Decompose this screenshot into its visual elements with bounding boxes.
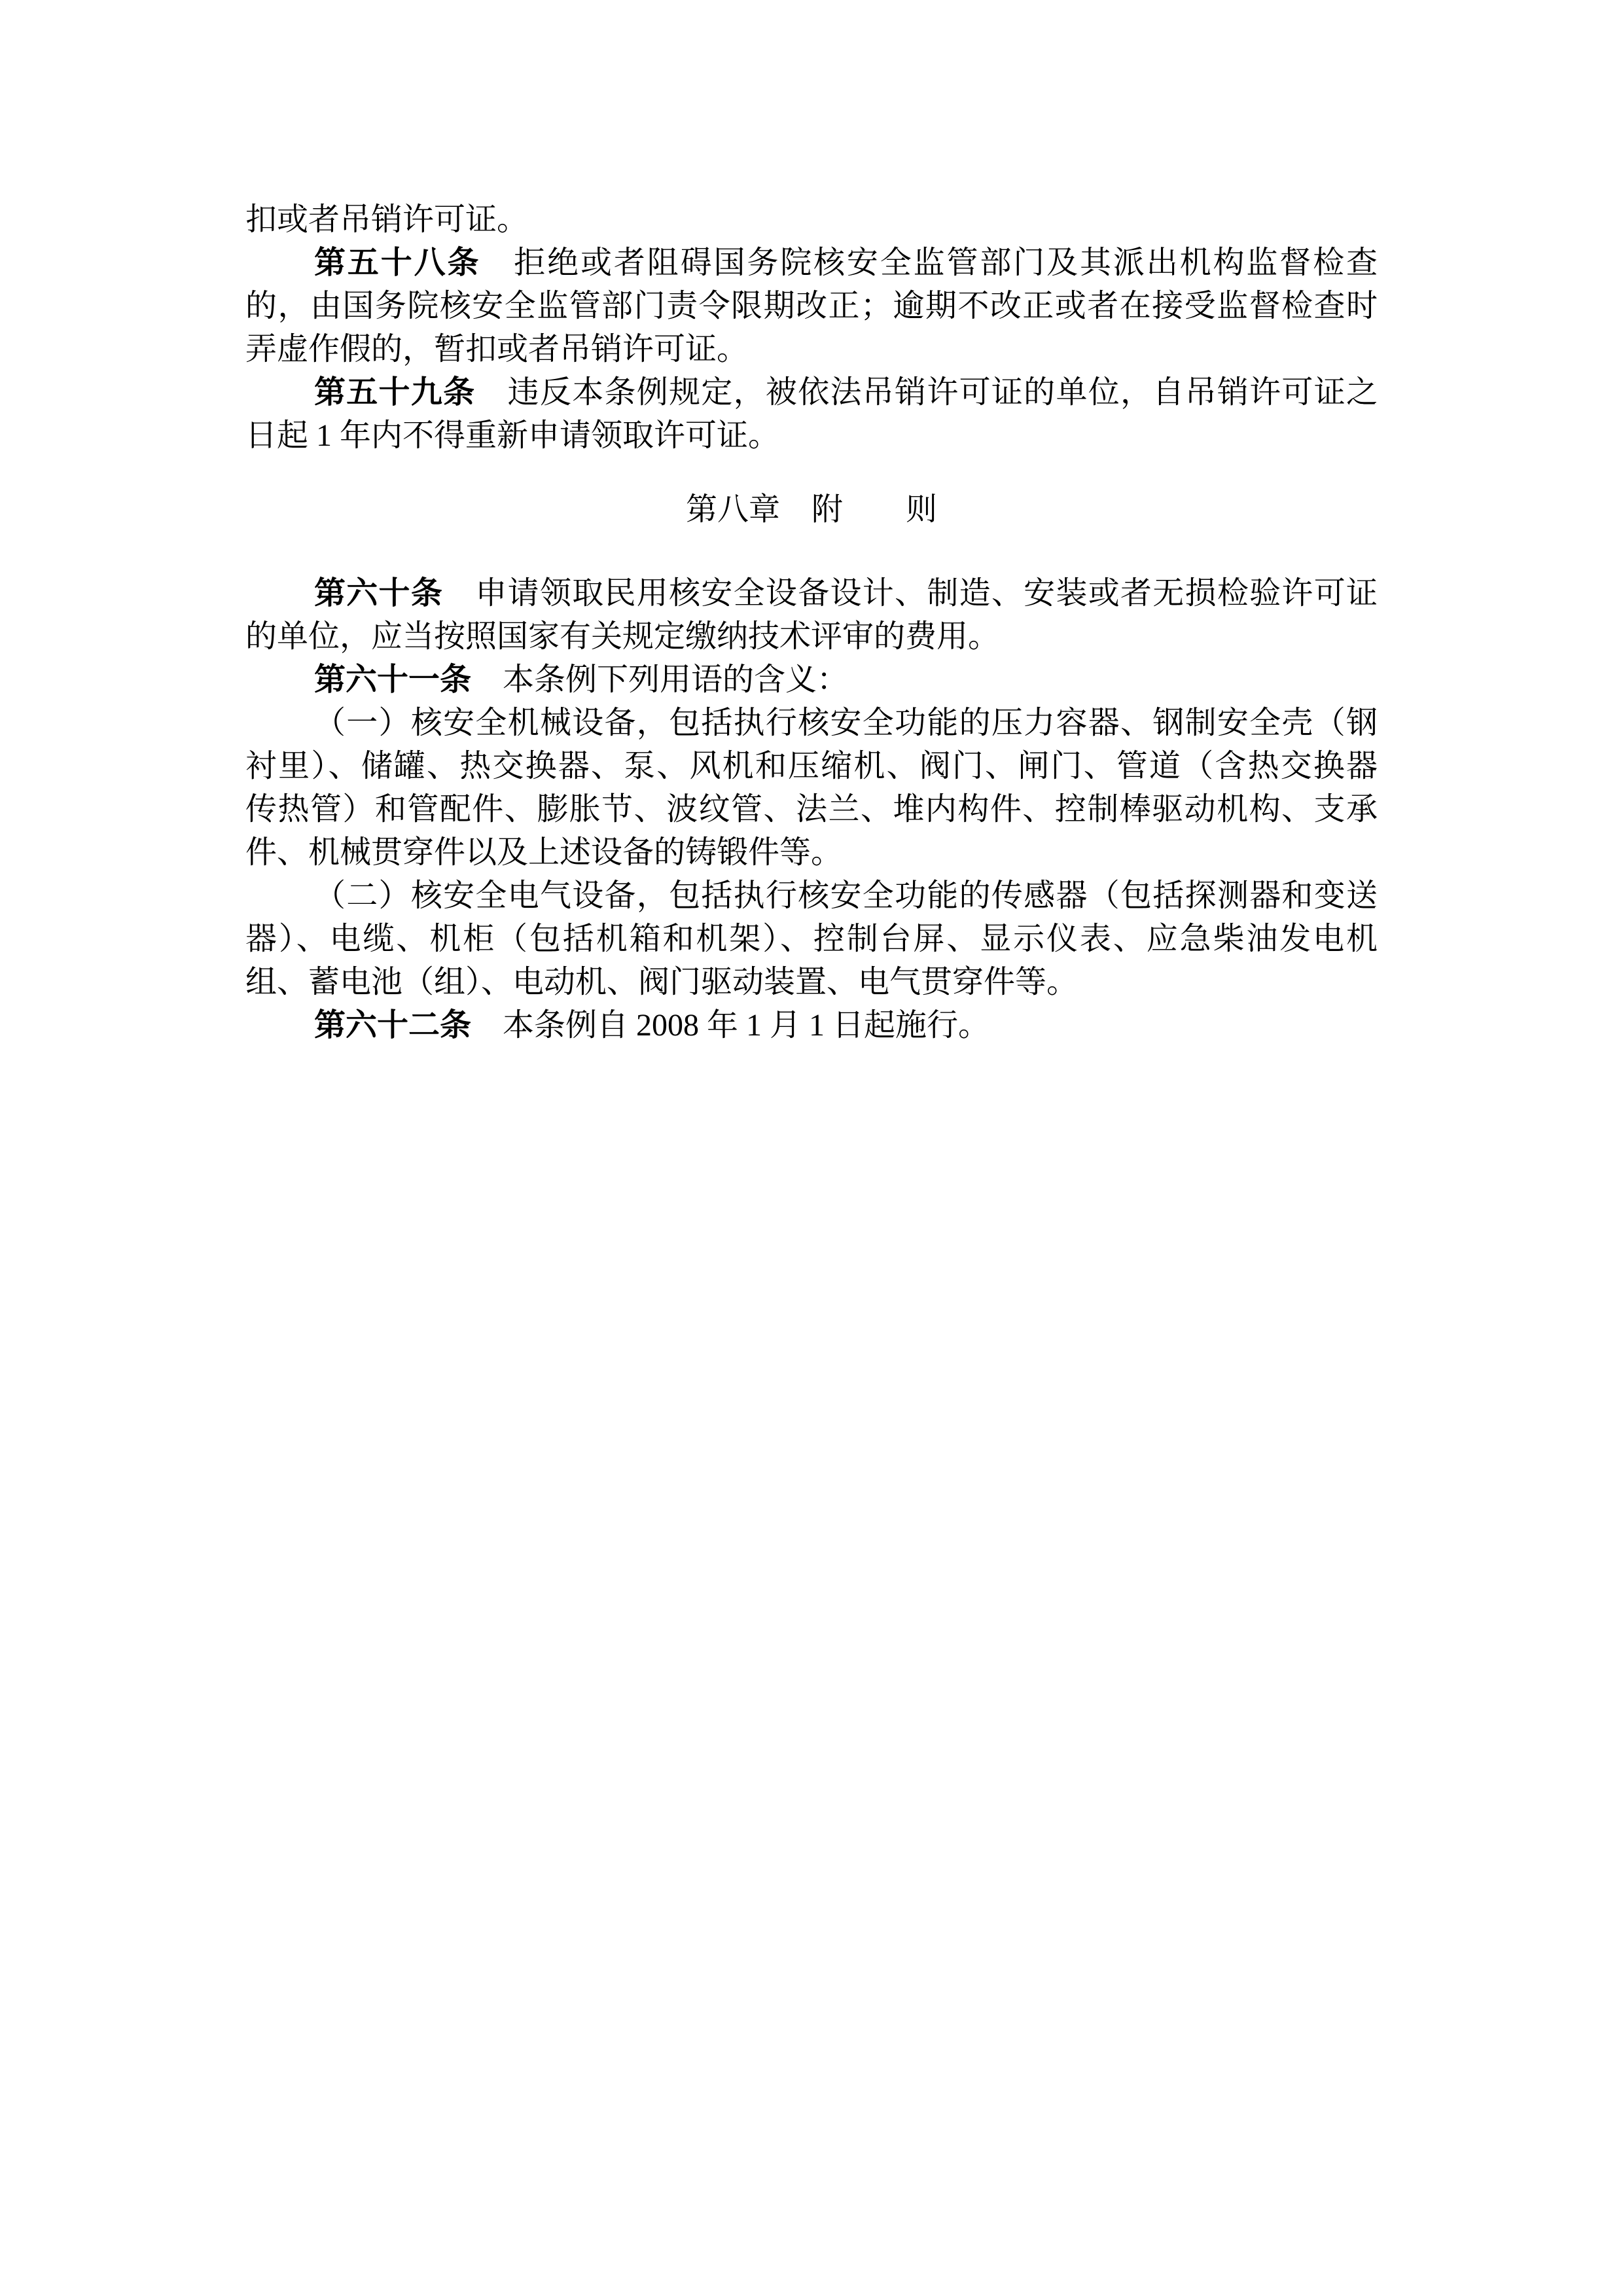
text-line: 第六十条 申请领取民用核安全设备设计、制造、安装或者无损检验许可证	[245, 572, 1378, 615]
text-run: （二）核安全电气设备，包括执行核安全功能的传感器（包括探测器和变送	[314, 878, 1378, 913]
text-run: 的，由国务院核安全监管部门责令限期改正；逾期不改正或者在接受监督检查时	[245, 289, 1378, 323]
text-run: 件、机械贯穿件以及上述设备的铸锻件等。	[245, 835, 842, 870]
article-number: 第六十条	[314, 576, 443, 611]
text-column: 扣或者吊销许可证。第五十八条 拒绝或者阻碍国务院核安全监管部门及其派出机构监督检…	[245, 198, 1378, 1047]
text-run: 器）、电缆、机柜（包括机箱和机架）、控制台屏、显示仪表、应急柴油发电机	[245, 922, 1378, 956]
chapter-heading: 第八章 附 则	[245, 488, 1378, 531]
text-run: 违反本条例规定，被依法吊销许可证的单位，自吊销许可证之	[475, 375, 1378, 410]
text-line: 件、机械贯穿件以及上述设备的铸锻件等。	[245, 831, 1378, 874]
text-line: 扣或者吊销许可证。	[245, 198, 1378, 242]
article-number: 第五十八条	[314, 245, 480, 280]
text-line: 的，由国务院核安全监管部门责令限期改正；逾期不改正或者在接受监督检查时	[245, 285, 1378, 328]
text-run: （一）核安全机械设备，包括执行核安全功能的压力容器、钢制安全壳（钢	[314, 706, 1378, 740]
text-line: 第五十九条 违反本条例规定，被依法吊销许可证的单位，自吊销许可证之	[245, 371, 1378, 414]
text-run: 的单位，应当按照国家有关规定缴纳技术评审的费用。	[245, 619, 999, 654]
text-run: 弄虚作假的，暂扣或者吊销许可证。	[245, 332, 748, 367]
text-line: 弄虚作假的，暂扣或者吊销许可证。	[245, 328, 1378, 371]
text-line: 衬里）、储罐、热交换器、泵、风机和压缩机、阀门、闸门、管道（含热交换器	[245, 745, 1378, 788]
article-number: 第六十一条	[314, 662, 471, 697]
text-run: 第八章 附 则	[686, 492, 937, 527]
text-line: 第五十八条 拒绝或者阻碍国务院核安全监管部门及其派出机构监督检查	[245, 242, 1378, 285]
article-number: 第五十九条	[314, 375, 475, 410]
text-run: 日起 1 年内不得重新申请领取许可证。	[245, 418, 779, 453]
text-run: 传热管）和管配件、膨胀节、波纹管、法兰、堆内构件、控制棒驱动机构、支承	[245, 792, 1378, 827]
text-line: 组、蓄电池（组）、电动机、阀门驱动装置、电气贯穿件等。	[245, 961, 1378, 1004]
text-line: 器）、电缆、机柜（包括机箱和机架）、控制台屏、显示仪表、应急柴油发电机	[245, 918, 1378, 961]
text-line: 传热管）和管配件、膨胀节、波纹管、法兰、堆内构件、控制棒驱动机构、支承	[245, 788, 1378, 831]
text-line: 的单位，应当按照国家有关规定缴纳技术评审的费用。	[245, 615, 1378, 658]
text-run: 本条例自 2008 年 1 月 1 日起施行。	[471, 1008, 990, 1043]
text-line: 日起 1 年内不得重新申请领取许可证。	[245, 414, 1378, 457]
text-line: （一）核安全机械设备，包括执行核安全功能的压力容器、钢制安全壳（钢	[245, 702, 1378, 745]
text-run: 拒绝或者阻碍国务院核安全监管部门及其派出机构监督检查	[480, 245, 1378, 280]
text-line: （二）核安全电气设备，包括执行核安全功能的传感器（包括探测器和变送	[245, 874, 1378, 918]
text-line: 第六十一条 本条例下列用语的含义：	[245, 658, 1378, 702]
text-run: 衬里）、储罐、热交换器、泵、风机和压缩机、阀门、闸门、管道（含热交换器	[245, 749, 1378, 783]
text-run: 申请领取民用核安全设备设计、制造、安装或者无损检验许可证	[443, 576, 1378, 611]
article-number: 第六十二条	[314, 1008, 471, 1043]
text-run: 组、蓄电池（组）、电动机、阀门驱动装置、电气贯穿件等。	[245, 965, 1078, 999]
text-run: 本条例下列用语的含义：	[471, 662, 848, 697]
document-page: 扣或者吊销许可证。第五十八条 拒绝或者阻碍国务院核安全监管部门及其派出机构监督检…	[0, 0, 1623, 2296]
text-run: 扣或者吊销许可证。	[245, 202, 528, 237]
text-line: 第六十二条 本条例自 2008 年 1 月 1 日起施行。	[245, 1004, 1378, 1047]
